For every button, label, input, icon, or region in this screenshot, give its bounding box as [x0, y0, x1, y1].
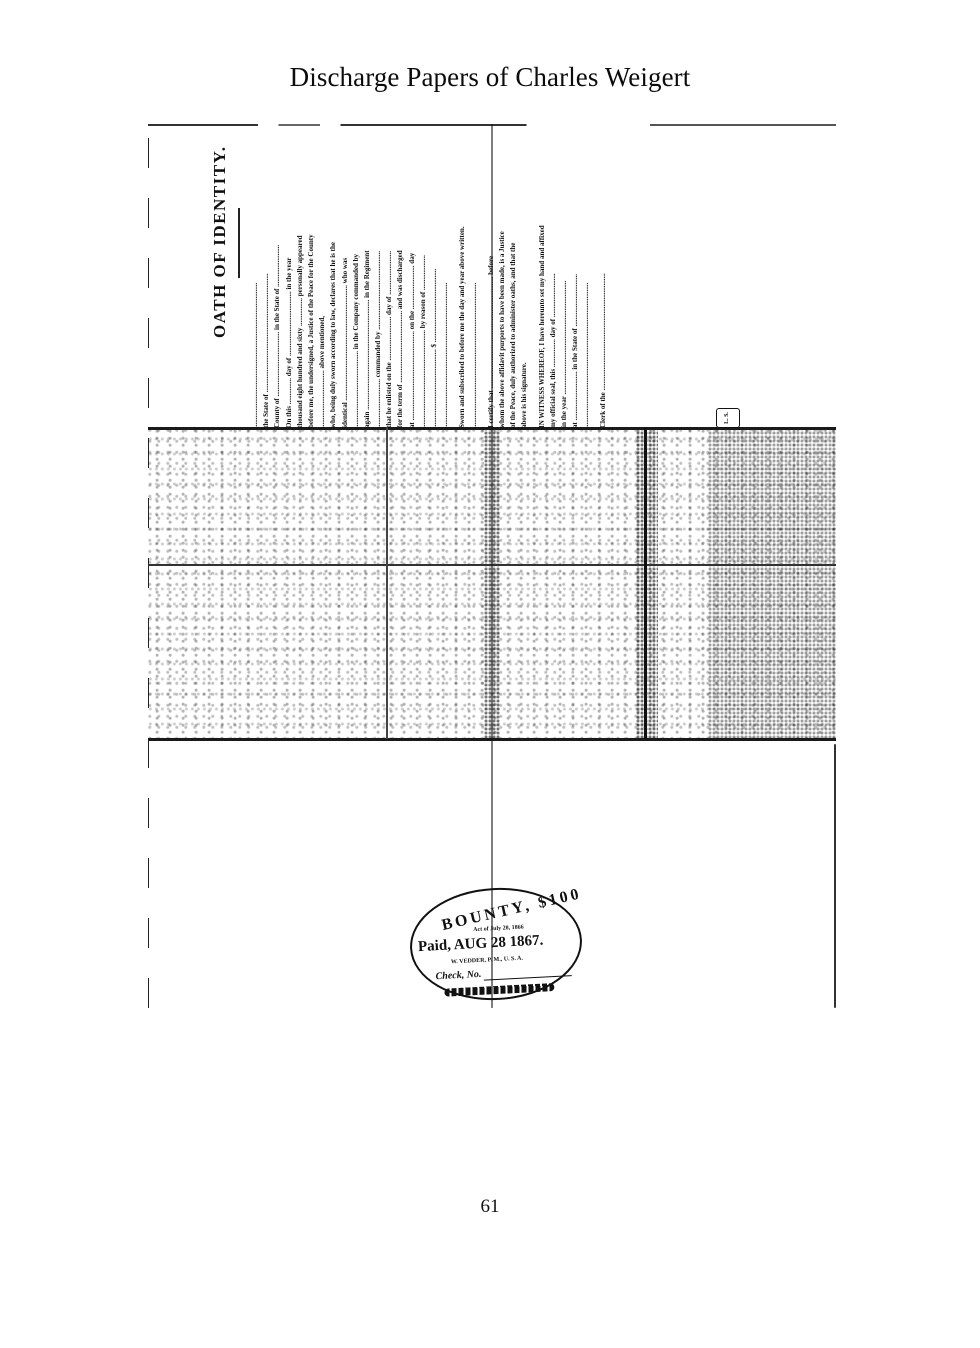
document-right-edge: [834, 744, 836, 1008]
title-rule: [238, 208, 240, 278]
form-line: thousand eight hundred and sixty .......…: [295, 138, 306, 428]
form-line: for the term of ........................…: [395, 138, 406, 428]
form-line: ........................................…: [581, 138, 592, 428]
form-line: I certify that .........................…: [486, 138, 497, 428]
form-line: again ..................................…: [362, 138, 373, 428]
form-line: at ............................ in the S…: [570, 138, 581, 428]
fold-line-vertical: [644, 427, 647, 739]
stamp-check-line: [484, 975, 572, 981]
form-line: above is his signature.: [519, 138, 530, 428]
form-line: ........................................…: [440, 138, 451, 428]
stamp-check-text: Check, No.: [435, 969, 481, 982]
form-line: Clerk of the ...........................…: [598, 138, 609, 428]
form-title: OATH OF IDENTITY.: [210, 138, 230, 338]
worn-strip: [708, 427, 836, 739]
worn-strip: [636, 427, 658, 739]
form-line: identical ..............................…: [340, 138, 351, 428]
form-lines: ........................................…: [250, 138, 610, 428]
form-line: ............................ commanded b…: [373, 138, 384, 428]
form-line: that he enlisted on the ................…: [384, 138, 395, 428]
form-line: at .....................................…: [407, 138, 418, 428]
form-line: before me, the undersigned, a Justice of…: [306, 138, 317, 428]
stamp-act-text: Act of July 28, 1866: [473, 925, 524, 934]
page-title: Discharge Papers of Charles Weigert: [0, 62, 980, 93]
fold-line-vertical: [386, 427, 388, 739]
form-line: IN WITNESS WHEREOF, I have hereunto set …: [537, 138, 548, 428]
oath-of-identity-form: OATH OF IDENTITY. ......................…: [196, 138, 776, 428]
form-line: On this ............... day of .........…: [284, 138, 295, 428]
form-line: ........................................…: [351, 138, 362, 428]
form-line: ........................................…: [250, 138, 261, 428]
form-line: County of ..............................…: [272, 138, 283, 428]
form-line: ........................................…: [429, 138, 440, 428]
page-number: 61: [0, 1196, 980, 1218]
stamp-bottom-text: [444, 983, 554, 997]
form-line: ................................. above …: [317, 138, 328, 428]
form-line: ........................................…: [418, 138, 429, 428]
form-line: Sworn and subscribed to before me the da…: [457, 138, 468, 428]
stamp-paid-text: Paid, AUG 28 1867.: [418, 933, 544, 957]
bounty-stamp: BOUNTY, $100 Act of July 28, 1866 Paid, …: [407, 884, 585, 1005]
form-line: ........................................…: [469, 138, 480, 428]
form-line: the State of ...........................…: [261, 138, 272, 428]
form-line: who, being duly sworn according to law, …: [328, 138, 339, 428]
stamp-officer-text: W. VEDDER, P. M., U. S. A.: [451, 956, 523, 966]
form-line: in the year ............................…: [559, 138, 570, 428]
form-line: of the Peace, duly authorized to adminis…: [508, 138, 519, 428]
scanned-document: OATH OF IDENTITY. ......................…: [148, 124, 836, 1008]
form-line: whom the above affidavit purports to hav…: [497, 138, 508, 428]
form-line: my official seal, this ................ …: [548, 138, 559, 428]
seal-box: L. S.: [716, 408, 740, 428]
